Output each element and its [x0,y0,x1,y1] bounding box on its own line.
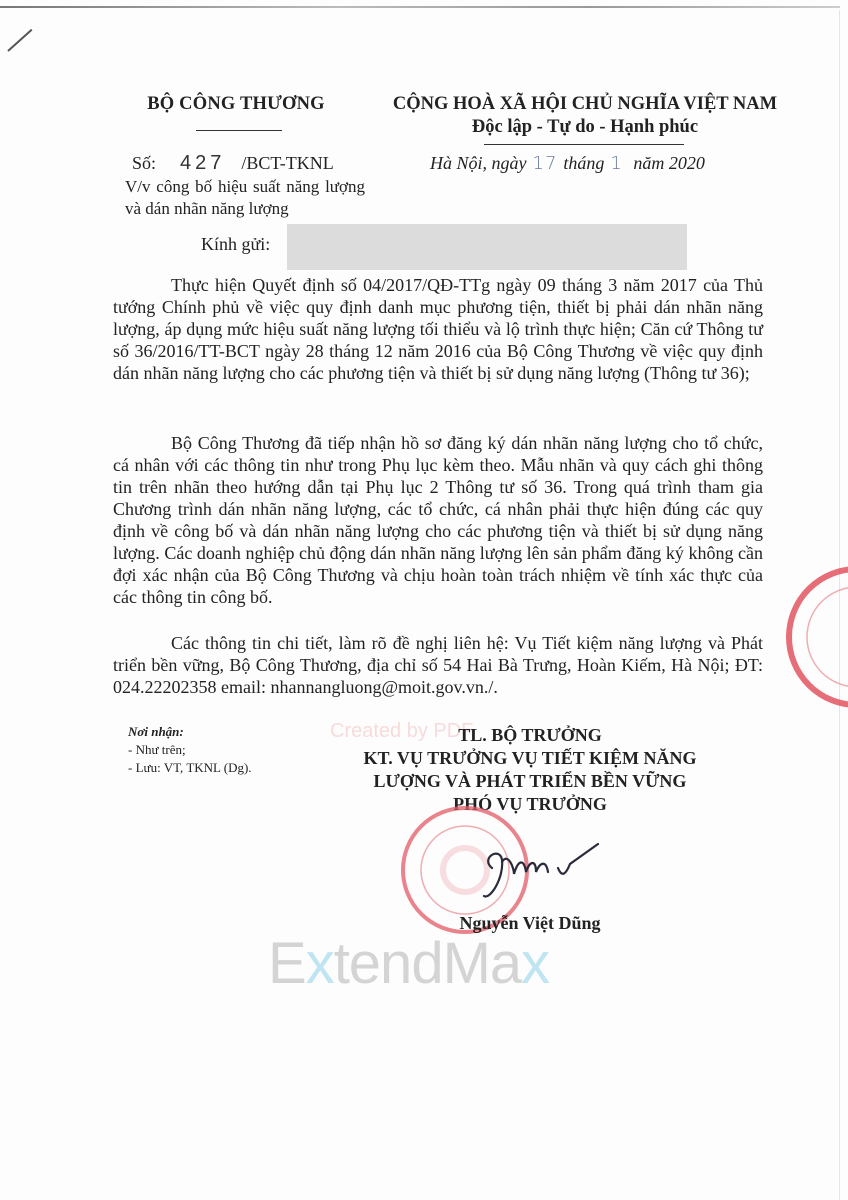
body-paragraph: Các thông tin chi tiết, làm rõ đề nghị l… [113,632,763,698]
wm-part: E [268,931,306,996]
national-title: CỘNG HOÀ XÃ HỘI CHỦ NGHĨA VIỆT NAM [390,94,780,115]
date-day-handwritten: 17 [533,153,558,174]
date-month-handwritten: 1 [610,153,622,174]
date-month-label: tháng [563,153,604,173]
recipients-item: - Như trên; [128,742,186,758]
body-paragraph: Bộ Công Thương đã tiếp nhận hồ sơ đăng k… [113,432,763,608]
pen-mark [7,29,32,52]
signature-line: KT. VỤ TRƯỞNG VỤ TIẾT KIỆM NĂNG [320,747,740,770]
recipients-item: - Lưu: VT, TKNL (Dg). [128,760,252,776]
side-stamp-icon [785,565,848,710]
doc-number-value: 427 [180,152,225,174]
national-motto: Độc lập - Tự do - Hạnh phúc [390,117,780,138]
doc-number-label: Số: [132,153,156,173]
brand-watermark: ExtendMax [268,930,549,997]
redacted-recipient [287,224,687,270]
recipients-title: Nơi nhận: [128,724,184,740]
recipient-label: Kính gửi: [201,234,270,255]
scan-top-edge [0,6,840,8]
signature-line: LƯỢNG VÀ PHÁT TRIỂN BỀN VỮNG [320,770,740,793]
doc-code: /BCT-TKNL [241,153,333,173]
date-year: năm 2020 [633,153,705,173]
date-line: Hà Nội, ngày17tháng1 năm 2020 [430,153,705,174]
wm-part: x [521,931,549,996]
document-number: Số:427/BCT-TKNL [132,152,334,175]
date-prefix: Hà Nội, ngày [430,153,527,173]
wm-part: tendMa [334,931,521,996]
signature-line: TL. BỘ TRƯỞNG [320,724,740,747]
body-paragraph: Thực hiện Quyết định số 04/2017/QĐ-TTg n… [113,274,763,384]
issuer-name: BỘ CÔNG THƯƠNG [136,94,336,115]
issuer-underline [196,130,282,131]
handwritten-signature-icon [470,838,610,908]
wm-part: x [306,931,334,996]
motto-underline [484,144,684,145]
document-subject: V/v công bố hiệu suất năng lượng và dán … [125,176,365,220]
